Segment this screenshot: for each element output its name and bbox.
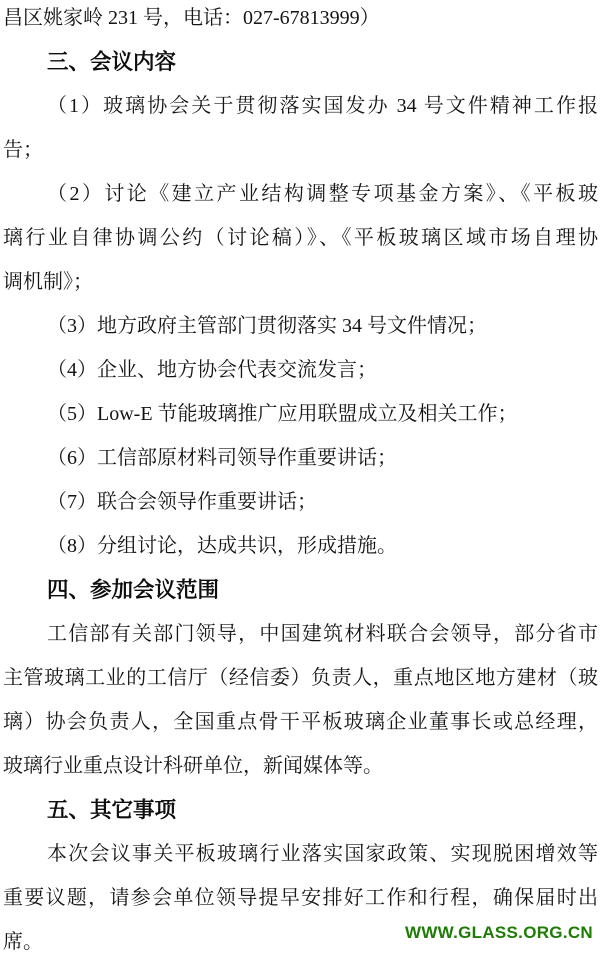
attendees-line-1: 工信部有关部门领导，中国建筑材料联合会领导，部分省市 bbox=[3, 612, 598, 656]
notes-line-2: 重要议题，请参会单位领导提早安排好工作和行程，确保届时出 bbox=[3, 876, 598, 920]
document-page: 昌区姚家岭 231 号，电话：027-67813999） 三、会议内容 （1）玻… bbox=[3, 0, 598, 960]
attendees-line-4: 玻璃行业重点设计科研单位，新闻媒体等。 bbox=[3, 744, 598, 788]
item-1-line-2: 告； bbox=[3, 128, 598, 172]
item-1-line-1: （1）玻璃协会关于贯彻落实国发办 34 号文件精神工作报 bbox=[3, 84, 598, 128]
item-3-line: （3）地方政府主管部门贯彻落实 34 号文件情况； bbox=[3, 304, 598, 348]
item-2-line-2: 璃行业自律协调公约（讨论稿）》、《平板玻璃区域市场自理协 bbox=[3, 216, 598, 260]
item-8-line: （8）分组讨论，达成共识，形成措施。 bbox=[3, 524, 598, 568]
attendees-line-3: 璃）协会负责人，全国重点骨干平板玻璃企业董事长或总经理， bbox=[3, 700, 598, 744]
heading-section-5: 五、其它事项 bbox=[3, 788, 598, 832]
item-2-line-3: 调机制》； bbox=[3, 260, 598, 304]
item-7-line: （7）联合会领导作重要讲话； bbox=[3, 480, 598, 524]
item-2-line-1: （2）讨论《建立产业结构调整专项基金方案》、《平板玻 bbox=[3, 172, 598, 216]
attendees-line-2: 主管玻璃工业的工信厅（经信委）负责人，重点地区地方建材（玻 bbox=[3, 656, 598, 700]
glass-website-watermark: WWW.GLASS.ORG.CN bbox=[405, 923, 593, 943]
heading-section-4: 四、参加会议范围 bbox=[3, 568, 598, 612]
notes-line-1: 本次会议事关平板玻璃行业落实国家政策、实现脱困增效等 bbox=[3, 832, 598, 876]
contact-continuation-line: 昌区姚家岭 231 号，电话：027-67813999） bbox=[3, 0, 598, 40]
item-4-line: （4）企业、地方协会代表交流发言； bbox=[3, 348, 598, 392]
item-5-line: （5）Low-E 节能玻璃推广应用联盟成立及相关工作； bbox=[3, 392, 598, 436]
heading-section-3: 三、会议内容 bbox=[3, 40, 598, 84]
item-6-line: （6）工信部原材料司领导作重要讲话； bbox=[3, 436, 598, 480]
